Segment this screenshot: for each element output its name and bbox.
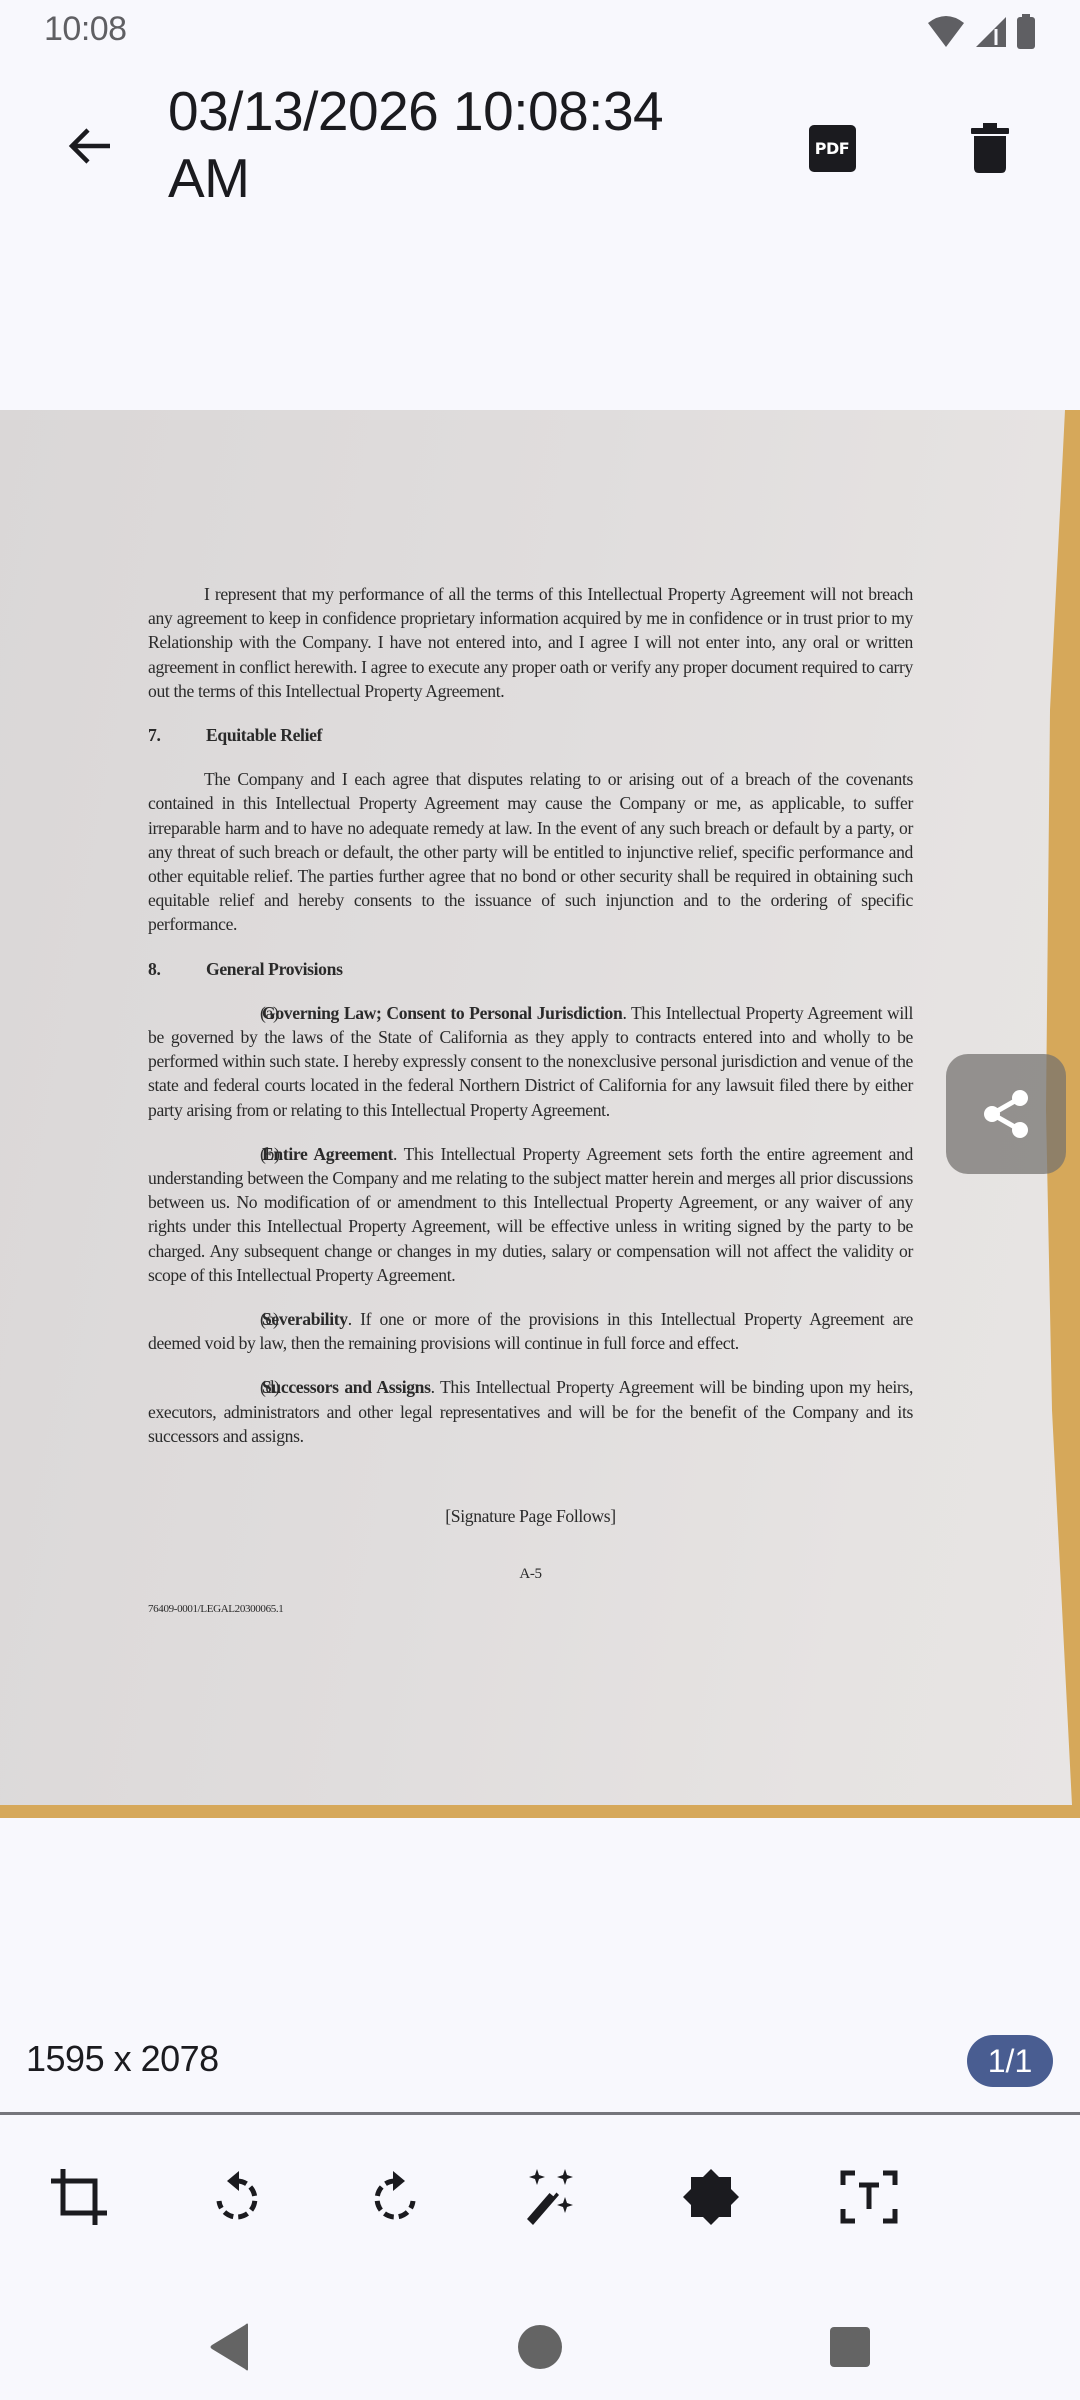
share-button[interactable] — [946, 1054, 1066, 1174]
brightness-contrast-icon — [681, 2167, 741, 2227]
magic-wand-icon — [523, 2167, 583, 2227]
page-indicator-badge: 1/1 — [967, 2035, 1053, 2087]
rotate-right-icon — [367, 2169, 423, 2225]
text-scan-icon — [839, 2167, 899, 2227]
rotate-left-button[interactable] — [192, 2152, 282, 2242]
document-text: I represent that my performance of all t… — [148, 582, 913, 1621]
trash-icon — [970, 123, 1010, 173]
nav-back-button[interactable] — [185, 2302, 275, 2392]
nav-recents-button[interactable] — [805, 2302, 895, 2392]
edit-toolbar — [0, 2140, 1080, 2250]
section-heading-8: 8.General Provisions — [148, 957, 913, 981]
clause-b: (b)Entire Agreement. This Intellectual P… — [148, 1142, 913, 1287]
battery-icon — [1016, 14, 1036, 50]
auto-enhance-button[interactable] — [508, 2152, 598, 2242]
brightness-button[interactable] — [666, 2152, 756, 2242]
clause-d: (d)Successors and Assigns. This Intellec… — [148, 1375, 913, 1448]
crop-button[interactable] — [34, 2152, 124, 2242]
nav-home-button[interactable] — [495, 2302, 585, 2392]
back-button[interactable] — [52, 108, 128, 184]
arrow-back-icon — [66, 122, 114, 170]
nav-back-icon — [208, 2322, 252, 2372]
paragraph-intro: I represent that my performance of all t… — [148, 582, 913, 703]
pdf-icon: PDF — [809, 125, 856, 172]
delete-button[interactable] — [954, 112, 1026, 184]
paper-page: I represent that my performance of all t… — [0, 410, 1080, 1816]
status-icons — [926, 14, 1036, 50]
page-number: A-5 — [148, 1562, 913, 1586]
clause-a: (a)Governing Law; Consent to Personal Ju… — [148, 1001, 913, 1122]
cell-signal-icon — [974, 15, 1008, 49]
divider — [0, 2112, 1080, 2115]
system-nav-bar — [0, 2280, 1080, 2400]
status-time: 10:08 — [44, 10, 127, 49]
rotate-left-icon — [209, 2169, 265, 2225]
image-dimensions: 1595 x 2078 — [26, 2038, 219, 2080]
crop-icon — [49, 2167, 109, 2227]
status-bar: 10:08 — [0, 0, 1080, 62]
wifi-icon — [926, 15, 966, 49]
paragraph-equitable-relief: The Company and I each agree that disput… — [148, 767, 913, 936]
share-icon — [978, 1086, 1034, 1142]
page-title: 03/13/2026 10:08:34 AM — [168, 78, 748, 212]
rotate-right-button[interactable] — [350, 2152, 440, 2242]
document-reference: 76409-0001/LEGAL20300065.1 — [148, 1597, 913, 1621]
text-recognition-button[interactable] — [824, 2152, 914, 2242]
nav-recents-icon — [829, 2326, 871, 2368]
nav-home-icon — [517, 2324, 563, 2370]
export-pdf-button[interactable]: PDF — [796, 112, 868, 184]
scanned-document-image[interactable]: I represent that my performance of all t… — [0, 410, 1080, 1818]
signature-note: [Signature Page Follows] — [148, 1504, 913, 1528]
section-heading-7: 7.Equitable Relief — [148, 723, 913, 747]
clause-c: (c)Severability. If one or more of the p… — [148, 1307, 913, 1355]
app-bar: 03/13/2026 10:08:34 AM PDF — [0, 62, 1080, 222]
